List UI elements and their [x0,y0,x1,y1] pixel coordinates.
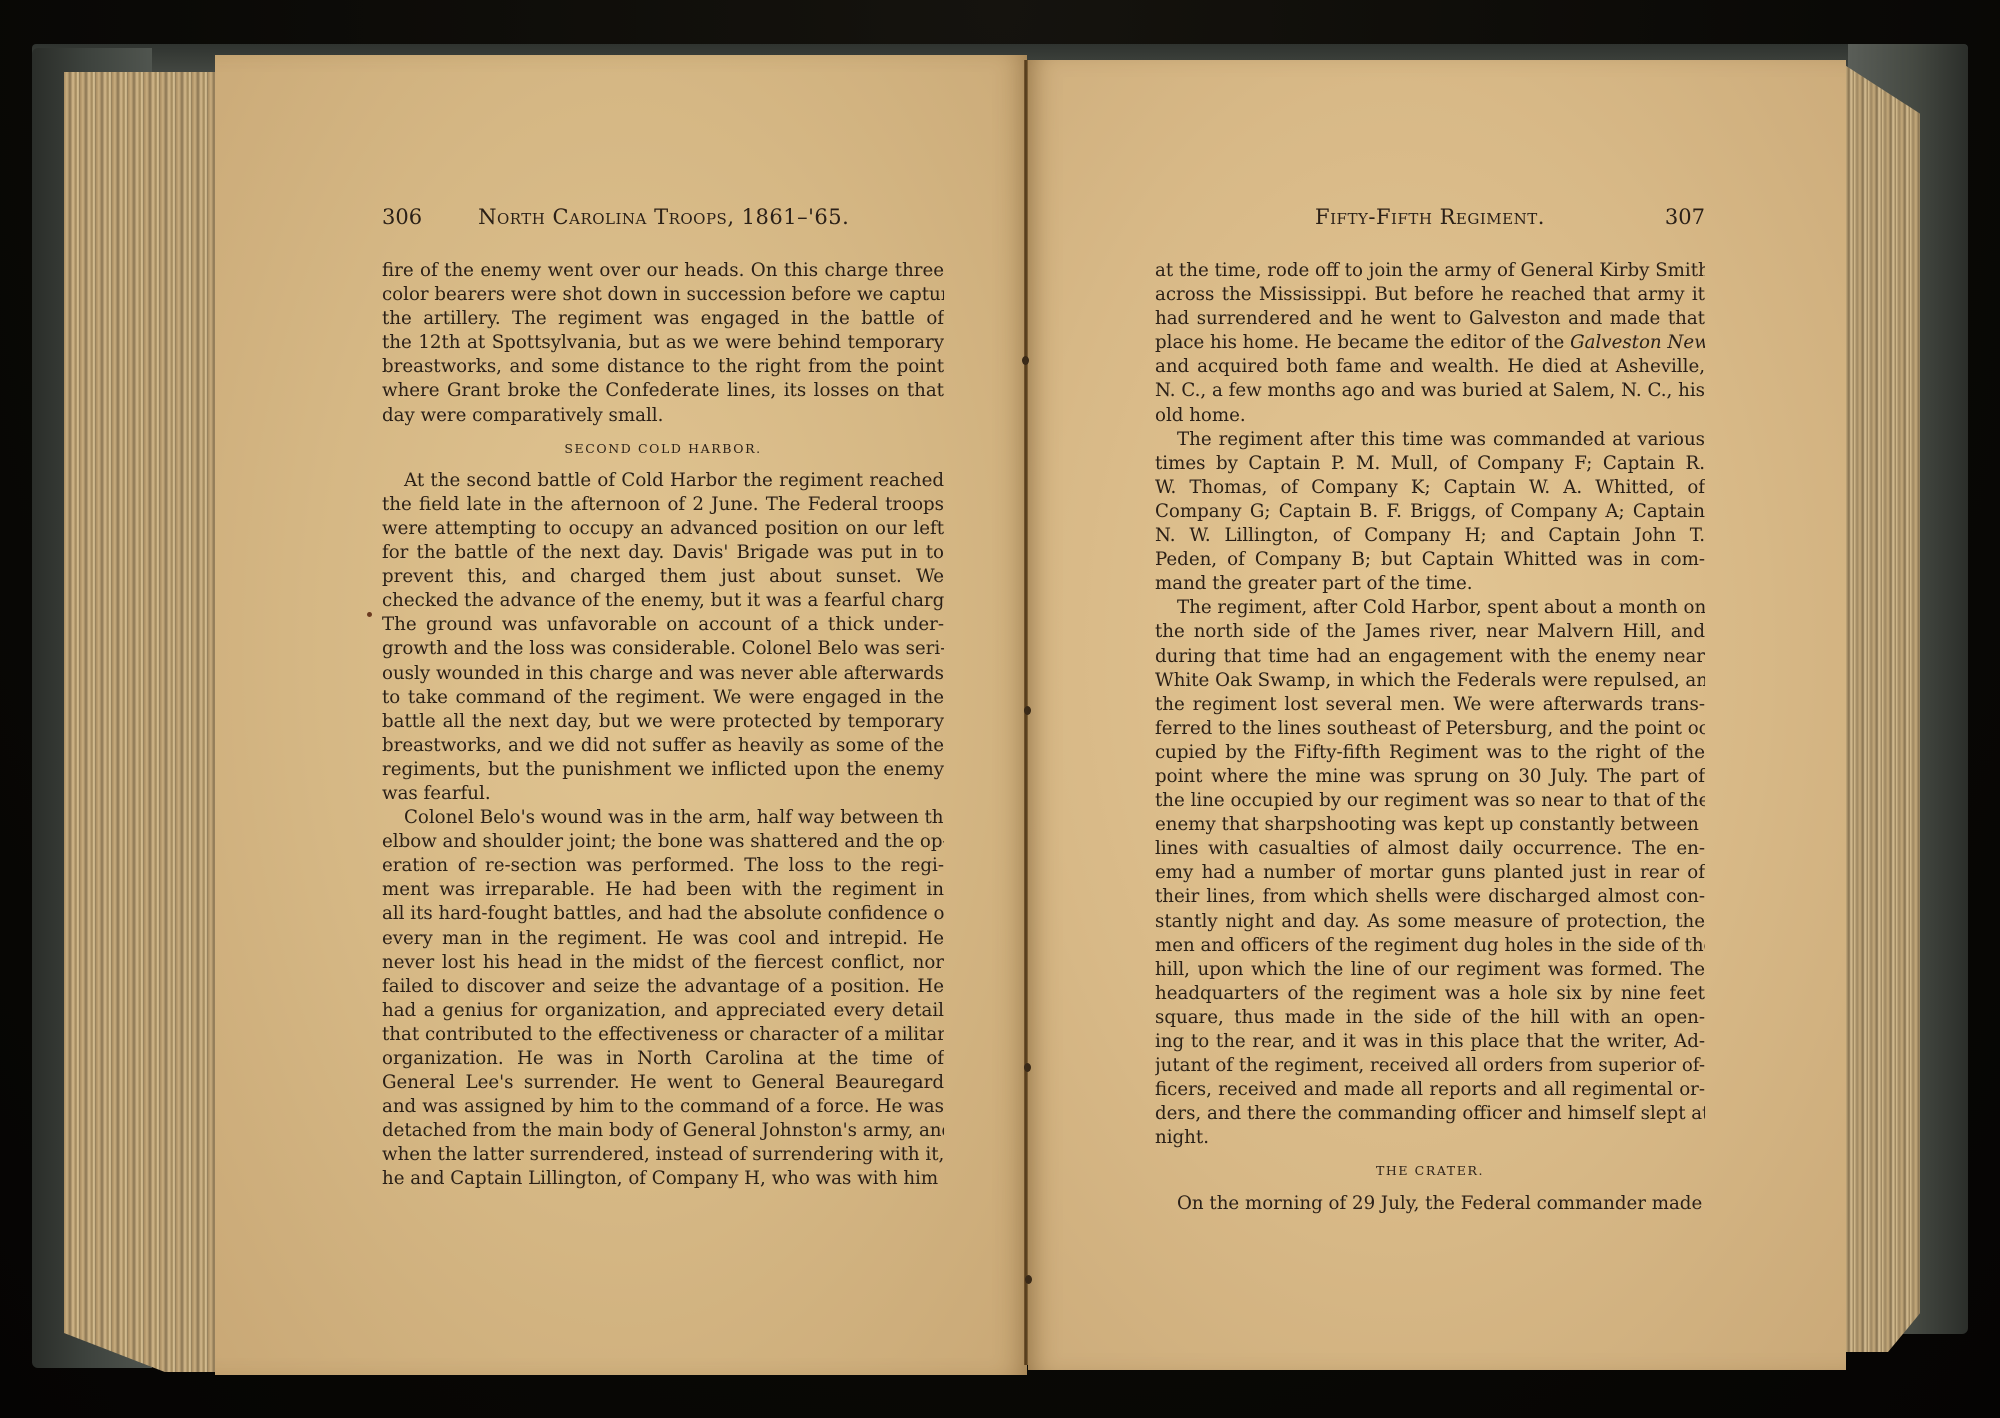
text-line: enemy that sharpshooting was kept up con… [1155,813,1705,837]
section-heading: SECOND COLD HARBOR. [382,437,944,461]
text-line: the 12th at Spottsylvania, but as we wer… [382,331,944,355]
text-line: for the battle of the next day. Davis' B… [382,541,944,565]
text-line: prevent this, and charged them just abou… [382,565,944,589]
text-line: times by Captain P. M. Mull, of Company … [1155,452,1705,476]
text-line: ferred to the lines southeast of Petersb… [1155,717,1705,741]
right-page-body: at the time, rode off to join the army o… [1155,259,1705,1216]
page-edges-right-stack [1840,62,1920,1352]
text-line: never lost his head in the midst of the … [382,951,944,975]
page-number: 307 [1665,205,1705,229]
text-line: ders, and there the commanding officer a… [1155,1102,1705,1126]
left-page-body: fire of the enemy went over our heads. O… [382,259,944,1192]
right-running-head: Fifty-Fifth Regiment. 307 [1155,205,1705,237]
text-line: place his home. He became the editor of … [1155,331,1705,355]
text-line: all its hard-fought battles, and had the… [382,902,944,926]
text-line: ficers, received and made all reports an… [1155,1078,1705,1102]
text-line: General Lee's surrender. He went to Gene… [382,1071,944,1095]
text-line: organization. He was in North Carolina a… [382,1047,944,1071]
text-line: On the morning of 29 July, the Federal c… [1155,1192,1705,1216]
text-line: were attempting to occupy an advanced po… [382,517,944,541]
text-line: their lines, from which shells were disc… [1155,885,1705,909]
text-line: detached from the main body of General J… [382,1119,944,1143]
text-line: mand the greater part of the time. [1155,572,1705,596]
text-line: the field late in the afternoon of 2 Jun… [382,493,944,517]
text-line: Colonel Belo's wound was in the arm, hal… [382,806,944,830]
running-head-title: North Carolina Troops, 1861–'65. [478,205,849,229]
paragraph: On the morning of 29 July, the Federal c… [1155,1192,1705,1216]
text-line: where Grant broke the Confederate lines,… [382,379,944,403]
text-line: battle all the next day, but we were pro… [382,710,944,734]
text-line: breastworks, and we did not suffer as he… [382,734,944,758]
text-line: headquarters of the regiment was a hole … [1155,982,1705,1006]
text-line: ously wounded in this charge and was nev… [382,662,944,686]
text-line: old home. [1155,404,1705,428]
text-line: he and Captain Lillington, of Company H,… [382,1167,944,1191]
text-line: lines with casualties of almost daily oc… [1155,837,1705,861]
paragraph: Colonel Belo's wound was in the arm, hal… [382,806,944,1192]
text-line: and acquired both fame and wealth. He di… [1155,355,1705,379]
text-line: Peden, of Company B; but Captain Whitted… [1155,548,1705,572]
text-line: elbow and shoulder joint; the bone was s… [382,830,944,854]
text-line: checked the advance of the enemy, but it… [382,589,944,613]
text-line: men and officers of the regiment dug hol… [1155,934,1705,958]
text-line: the regiment lost several men. We were a… [1155,693,1705,717]
text-line: every man in the regiment. He was cool a… [382,927,944,951]
text-line: square, thus made in the side of the hil… [1155,1006,1705,1030]
text-line: at the time, rode off to join the army o… [1155,259,1705,283]
text-line: ment was irreparable. He had been with t… [382,878,944,902]
text-line: failed to discover and seize the advanta… [382,975,944,999]
text-line: cupied by the Fifty-fifth Regiment was t… [1155,741,1705,765]
binding-thread-mark [1024,1063,1031,1072]
running-head-title: Fifty-Fifth Regiment. [1315,205,1545,229]
text-line: emy had a number of mortar guns planted … [1155,861,1705,885]
text-line: day were comparatively small. [382,404,944,428]
text-line: N. W. Lillington, of Company H; and Capt… [1155,524,1705,548]
text-line: the north side of the James river, near … [1155,620,1705,644]
text-line: stantly night and day. As some measure o… [1155,910,1705,934]
text-line: had a genius for organization, and appre… [382,999,944,1023]
text-line: regiments, but the punishment we inflict… [382,758,944,782]
text-line: Company G; Captain B. F. Briggs, of Comp… [1155,500,1705,524]
text-line: the line occupied by our regiment was so… [1155,789,1705,813]
right-page-text: Fifty-Fifth Regiment. 307 at the time, r… [1155,205,1705,1216]
text-line: ing to the rear, and it was in this plac… [1155,1030,1705,1054]
text-line: to take command of the regiment. We were… [382,686,944,710]
text-line: across the Mississippi. But before he re… [1155,283,1705,307]
text-line: and was assigned by him to the command o… [382,1095,944,1119]
paragraph: at the time, rode off to join the army o… [1155,259,1705,428]
text-line: point where the mine was sprung on 30 Ju… [1155,765,1705,789]
text-line: during that time had an engagement with … [1155,645,1705,669]
text-line: jutant of the regiment, received all ord… [1155,1054,1705,1078]
text-line: night. [1155,1126,1705,1150]
binding-thread-mark [1022,356,1029,365]
text-line: The ground was unfavorable on account of… [382,613,944,637]
text-line: eration of re-section was performed. The… [382,854,944,878]
text-line: White Oak Swamp, in which the Federals w… [1155,669,1705,693]
text-line: color bearers were shot down in successi… [382,283,944,307]
text-line: At the second battle of Cold Harbor the … [382,469,944,493]
text-line: the artillery. The regiment was engaged … [382,307,944,331]
paragraph: At the second battle of Cold Harbor the … [382,469,944,806]
page-number: 306 [382,205,422,229]
left-page-text: 306 North Carolina Troops, 1861–'65. fir… [382,205,944,1192]
text-line: growth and the loss was considerable. Co… [382,637,944,661]
text-line: The regiment after this time was command… [1155,428,1705,452]
left-running-head: 306 North Carolina Troops, 1861–'65. [382,205,944,237]
binding-thread-mark [1024,706,1031,715]
text-line: hill, upon which the line of our regimen… [1155,958,1705,982]
page-edges-left-stack [64,72,232,1372]
text-line: had surrendered and he went to Galveston… [1155,307,1705,331]
text-line: fire of the enemy went over our heads. O… [382,259,944,283]
binding-thread-mark [1025,1275,1032,1284]
text-line: breastworks, and some distance to the ri… [382,355,944,379]
paragraph: fire of the enemy went over our heads. O… [382,259,944,428]
text-line: that contributed to the effectiveness or… [382,1023,944,1047]
text-line: N. C., a few months ago and was buried a… [1155,379,1705,403]
text-line: was fearful. [382,782,944,806]
text-line: when the latter surrendered, instead of … [382,1143,944,1167]
text-line: W. Thomas, of Company K; Captain W. A. W… [1155,476,1705,500]
section-heading: THE CRATER. [1155,1159,1705,1183]
text-line: The regiment, after Cold Harbor, spent a… [1155,596,1705,620]
paragraph: The regiment, after Cold Harbor, spent a… [1155,596,1705,1150]
ink-spot [367,612,372,617]
paragraph: The regiment after this time was command… [1155,428,1705,597]
